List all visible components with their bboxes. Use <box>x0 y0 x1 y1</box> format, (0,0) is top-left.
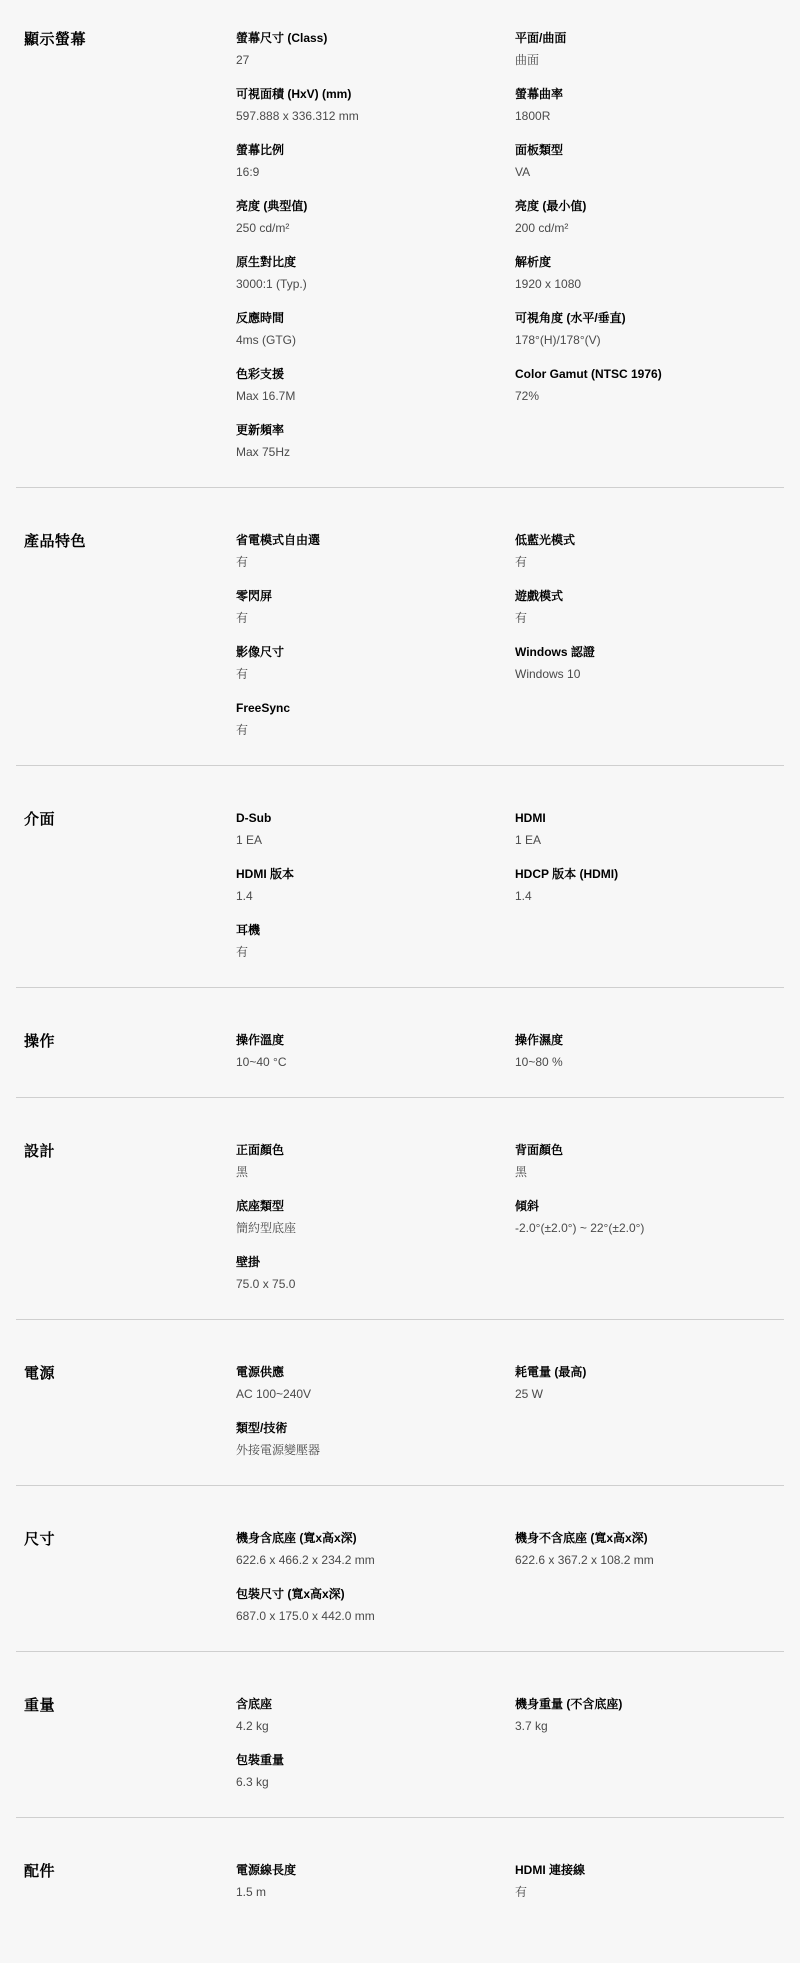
spec-item: HDCP 版本 (HDMI) 1.4 <box>515 866 784 905</box>
spec-item: 背面顏色 黑 <box>515 1142 784 1181</box>
section-rows: 螢幕尺寸 (Class) 27 平面/曲面 曲面 可視面積 (HxV) (mm)… <box>236 30 784 461</box>
spec-section: 介面 D-Sub 1 EA HDMI 1 EA HDMI 版本 1.4 HDCP… <box>16 765 784 987</box>
spec-item: Windows 認證 Windows 10 <box>515 644 784 683</box>
section-rows: 省電模式自由選 有 低藍光模式 有 零閃屏 有 遊戲模式 有 影像尺寸 有 Wi… <box>236 532 784 739</box>
spec-label: 含底座 <box>236 1696 503 1713</box>
spec-item: 原生對比度 3000:1 (Typ.) <box>236 254 515 293</box>
spec-row: 底座類型 簡約型底座 傾斜 -2.0°(±2.0°) ~ 22°(±2.0°) <box>236 1198 784 1237</box>
spec-label: HDCP 版本 (HDMI) <box>515 866 772 883</box>
spec-row: 可視面積 (HxV) (mm) 597.888 x 336.312 mm 螢幕曲… <box>236 86 784 125</box>
spec-label: D-Sub <box>236 810 503 827</box>
spec-label: 操作濕度 <box>515 1032 772 1049</box>
spec-item: 耳機 有 <box>236 922 515 961</box>
spec-label: 可視面積 (HxV) (mm) <box>236 86 503 103</box>
spec-value: 有 <box>236 666 503 683</box>
spec-row: 零閃屏 有 遊戲模式 有 <box>236 588 784 627</box>
spec-label: 亮度 (典型值) <box>236 198 503 215</box>
spec-value: 75.0 x 75.0 <box>236 1276 503 1293</box>
spec-label: 省電模式自由選 <box>236 532 503 549</box>
spec-item: 含底座 4.2 kg <box>236 1696 515 1735</box>
section-title: 電源 <box>24 1364 236 1384</box>
spec-section: 尺寸 機身含底座 (寬x高x深) 622.6 x 466.2 x 234.2 m… <box>16 1485 784 1651</box>
spec-label: 更新頻率 <box>236 422 503 439</box>
spec-row: 含底座 4.2 kg 機身重量 (不含底座) 3.7 kg <box>236 1696 784 1735</box>
spec-value: 3.7 kg <box>515 1718 772 1735</box>
spec-label: HDMI <box>515 810 772 827</box>
spec-label: 耗電量 (最高) <box>515 1364 772 1381</box>
section-title: 介面 <box>24 810 236 830</box>
spec-value: 1.4 <box>236 888 503 905</box>
spec-item: 低藍光模式 有 <box>515 532 784 571</box>
spec-value: 622.6 x 367.2 x 108.2 mm <box>515 1552 772 1569</box>
spec-value: 27 <box>236 52 503 69</box>
spec-label: 正面顏色 <box>236 1142 503 1159</box>
spec-label: 影像尺寸 <box>236 644 503 661</box>
spec-item: 可視面積 (HxV) (mm) 597.888 x 336.312 mm <box>236 86 515 125</box>
spec-label: 可視角度 (水平/垂直) <box>515 310 772 327</box>
spec-value: Max 16.7M <box>236 388 503 405</box>
spec-item: 亮度 (最小值) 200 cd/m² <box>515 198 784 237</box>
spec-item: 機身不含底座 (寬x高x深) 622.6 x 367.2 x 108.2 mm <box>515 1530 784 1569</box>
spec-value: Windows 10 <box>515 666 772 683</box>
spec-item: 色彩支援 Max 16.7M <box>236 366 515 405</box>
spec-value: 外接電源變壓器 <box>236 1442 503 1459</box>
section-title: 設計 <box>24 1142 236 1162</box>
section-title: 重量 <box>24 1696 236 1716</box>
spec-item: 類型/技術 外接電源變壓器 <box>236 1420 515 1459</box>
spec-value: 有 <box>236 554 503 571</box>
spec-row: 耳機 有 <box>236 922 784 961</box>
spec-label: 底座類型 <box>236 1198 503 1215</box>
section-rows: 含底座 4.2 kg 機身重量 (不含底座) 3.7 kg 包裝重量 6.3 k… <box>236 1696 784 1791</box>
spec-item: 底座類型 簡約型底座 <box>236 1198 515 1237</box>
spec-label: 操作溫度 <box>236 1032 503 1049</box>
spec-label: 背面顏色 <box>515 1142 772 1159</box>
spec-row: 省電模式自由選 有 低藍光模式 有 <box>236 532 784 571</box>
spec-row: 原生對比度 3000:1 (Typ.) 解析度 1920 x 1080 <box>236 254 784 293</box>
spec-value: 有 <box>236 944 503 961</box>
spec-item: 壁掛 75.0 x 75.0 <box>236 1254 515 1293</box>
spec-label: FreeSync <box>236 700 503 717</box>
section-title: 配件 <box>24 1862 236 1882</box>
spec-label: HDMI 版本 <box>236 866 503 883</box>
spec-value: 10~80 % <box>515 1054 772 1071</box>
spec-item: 可視角度 (水平/垂直) 178°(H)/178°(V) <box>515 310 784 349</box>
spec-value: Max 75Hz <box>236 444 503 461</box>
spec-item: FreeSync 有 <box>236 700 515 739</box>
spec-label: Color Gamut (NTSC 1976) <box>515 366 772 383</box>
spec-value: 687.0 x 175.0 x 442.0 mm <box>236 1608 503 1625</box>
spec-item: 包裝重量 6.3 kg <box>236 1752 515 1791</box>
spec-value: 有 <box>236 610 503 627</box>
spec-value: 曲面 <box>515 52 772 69</box>
section-title: 尺寸 <box>24 1530 236 1550</box>
spec-value: AC 100~240V <box>236 1386 503 1403</box>
spec-label: 類型/技術 <box>236 1420 503 1437</box>
spec-value: 簡約型底座 <box>236 1220 503 1237</box>
section-rows: 電源線長度 1.5 m HDMI 連接線 有 <box>236 1862 784 1901</box>
spec-item: Color Gamut (NTSC 1976) 72% <box>515 366 784 405</box>
spec-item: 螢幕尺寸 (Class) 27 <box>236 30 515 69</box>
spec-value: 25 W <box>515 1386 772 1403</box>
spec-item: 傾斜 -2.0°(±2.0°) ~ 22°(±2.0°) <box>515 1198 784 1237</box>
spec-row: 影像尺寸 有 Windows 認證 Windows 10 <box>236 644 784 683</box>
spec-row: 更新頻率 Max 75Hz <box>236 422 784 461</box>
spec-value: 178°(H)/178°(V) <box>515 332 772 349</box>
spec-value: 1.4 <box>515 888 772 905</box>
section-title: 產品特色 <box>24 532 236 552</box>
spec-row: 螢幕尺寸 (Class) 27 平面/曲面 曲面 <box>236 30 784 69</box>
spec-section: 電源 電源供應 AC 100~240V 耗電量 (最高) 25 W 類型/技術 … <box>16 1319 784 1485</box>
spec-label: 傾斜 <box>515 1198 772 1215</box>
section-rows: D-Sub 1 EA HDMI 1 EA HDMI 版本 1.4 HDCP 版本… <box>236 810 784 961</box>
spec-label: 原生對比度 <box>236 254 503 271</box>
spec-value: 16:9 <box>236 164 503 181</box>
spec-item: 零閃屏 有 <box>236 588 515 627</box>
spec-section: 重量 含底座 4.2 kg 機身重量 (不含底座) 3.7 kg 包裝重量 6.… <box>16 1651 784 1817</box>
spec-item: 操作溫度 10~40 °C <box>236 1032 515 1071</box>
spec-row: 壁掛 75.0 x 75.0 <box>236 1254 784 1293</box>
spec-label: 機身重量 (不含底座) <box>515 1696 772 1713</box>
spec-item: 包裝尺寸 (寬x高x深) 687.0 x 175.0 x 442.0 mm <box>236 1586 515 1625</box>
spec-item: D-Sub 1 EA <box>236 810 515 849</box>
spec-item: HDMI 連接線 有 <box>515 1862 784 1901</box>
section-title: 操作 <box>24 1032 236 1052</box>
spec-item: 電源線長度 1.5 m <box>236 1862 515 1901</box>
spec-value: 有 <box>236 722 503 739</box>
spec-label: 螢幕比例 <box>236 142 503 159</box>
spec-item: 解析度 1920 x 1080 <box>515 254 784 293</box>
spec-section: 設計 正面顏色 黑 背面顏色 黑 底座類型 簡約型底座 傾斜 -2.0°(±2.… <box>16 1097 784 1319</box>
spec-value: 4.2 kg <box>236 1718 503 1735</box>
spec-row: 機身含底座 (寬x高x深) 622.6 x 466.2 x 234.2 mm 機… <box>236 1530 784 1569</box>
spec-item: 亮度 (典型值) 250 cd/m² <box>236 198 515 237</box>
spec-label: 面板類型 <box>515 142 772 159</box>
spec-label: 低藍光模式 <box>515 532 772 549</box>
spec-label: HDMI 連接線 <box>515 1862 772 1879</box>
spec-value: 黑 <box>236 1164 503 1181</box>
spec-row: 色彩支援 Max 16.7M Color Gamut (NTSC 1976) 7… <box>236 366 784 405</box>
section-rows: 機身含底座 (寬x高x深) 622.6 x 466.2 x 234.2 mm 機… <box>236 1530 784 1625</box>
spec-item: 電源供應 AC 100~240V <box>236 1364 515 1403</box>
spec-label: 螢幕曲率 <box>515 86 772 103</box>
spec-value: -2.0°(±2.0°) ~ 22°(±2.0°) <box>515 1220 772 1237</box>
spec-value: 622.6 x 466.2 x 234.2 mm <box>236 1552 503 1569</box>
section-rows: 正面顏色 黑 背面顏色 黑 底座類型 簡約型底座 傾斜 -2.0°(±2.0°)… <box>236 1142 784 1293</box>
spec-label: 亮度 (最小值) <box>515 198 772 215</box>
spec-value: 有 <box>515 554 772 571</box>
spec-item: 操作濕度 10~80 % <box>515 1032 784 1071</box>
spec-item: 正面顏色 黑 <box>236 1142 515 1181</box>
spec-value: 597.888 x 336.312 mm <box>236 108 503 125</box>
spec-value: 有 <box>515 610 772 627</box>
spec-label: 解析度 <box>515 254 772 271</box>
spec-label: 電源供應 <box>236 1364 503 1381</box>
spec-section: 顯示螢幕 螢幕尺寸 (Class) 27 平面/曲面 曲面 可視面積 (HxV)… <box>16 28 784 487</box>
spec-value: 1800R <box>515 108 772 125</box>
spec-label: 機身不含底座 (寬x高x深) <box>515 1530 772 1547</box>
spec-label: 遊戲模式 <box>515 588 772 605</box>
spec-label: 零閃屏 <box>236 588 503 605</box>
spec-row: D-Sub 1 EA HDMI 1 EA <box>236 810 784 849</box>
spec-item: 螢幕曲率 1800R <box>515 86 784 125</box>
spec-label: 螢幕尺寸 (Class) <box>236 30 503 47</box>
spec-value: 1.5 m <box>236 1884 503 1901</box>
spec-item: 反應時間 4ms (GTG) <box>236 310 515 349</box>
section-rows: 操作溫度 10~40 °C 操作濕度 10~80 % <box>236 1032 784 1071</box>
spec-value: 4ms (GTG) <box>236 332 503 349</box>
spec-label: 包裝重量 <box>236 1752 503 1769</box>
spec-row: HDMI 版本 1.4 HDCP 版本 (HDMI) 1.4 <box>236 866 784 905</box>
spec-row: 亮度 (典型值) 250 cd/m² 亮度 (最小值) 200 cd/m² <box>236 198 784 237</box>
spec-item: HDMI 1 EA <box>515 810 784 849</box>
spec-page: 顯示螢幕 螢幕尺寸 (Class) 27 平面/曲面 曲面 可視面積 (HxV)… <box>0 0 800 1963</box>
spec-value: 6.3 kg <box>236 1774 503 1791</box>
spec-label: 包裝尺寸 (寬x高x深) <box>236 1586 503 1603</box>
spec-section: 操作 操作溫度 10~40 °C 操作濕度 10~80 % <box>16 987 784 1097</box>
spec-item: 更新頻率 Max 75Hz <box>236 422 515 461</box>
spec-label: 電源線長度 <box>236 1862 503 1879</box>
spec-row: FreeSync 有 <box>236 700 784 739</box>
spec-row: 電源供應 AC 100~240V 耗電量 (最高) 25 W <box>236 1364 784 1403</box>
spec-row: 包裝重量 6.3 kg <box>236 1752 784 1791</box>
spec-value: 10~40 °C <box>236 1054 503 1071</box>
spec-item: 機身重量 (不含底座) 3.7 kg <box>515 1696 784 1735</box>
spec-section: 配件 電源線長度 1.5 m HDMI 連接線 有 <box>16 1817 784 1957</box>
spec-label: Windows 認證 <box>515 644 772 661</box>
section-title: 顯示螢幕 <box>24 30 236 50</box>
spec-value: 黑 <box>515 1164 772 1181</box>
spec-value: 有 <box>515 1884 772 1901</box>
spec-row: 操作溫度 10~40 °C 操作濕度 10~80 % <box>236 1032 784 1071</box>
spec-value: 1 EA <box>515 832 772 849</box>
spec-row: 正面顏色 黑 背面顏色 黑 <box>236 1142 784 1181</box>
spec-row: 包裝尺寸 (寬x高x深) 687.0 x 175.0 x 442.0 mm <box>236 1586 784 1625</box>
section-rows: 電源供應 AC 100~240V 耗電量 (最高) 25 W 類型/技術 外接電… <box>236 1364 784 1459</box>
spec-label: 平面/曲面 <box>515 30 772 47</box>
spec-label: 壁掛 <box>236 1254 503 1271</box>
spec-item: HDMI 版本 1.4 <box>236 866 515 905</box>
spec-item: 省電模式自由選 有 <box>236 532 515 571</box>
spec-item: 機身含底座 (寬x高x深) 622.6 x 466.2 x 234.2 mm <box>236 1530 515 1569</box>
spec-item: 影像尺寸 有 <box>236 644 515 683</box>
spec-item: 螢幕比例 16:9 <box>236 142 515 181</box>
spec-label: 反應時間 <box>236 310 503 327</box>
spec-label: 色彩支援 <box>236 366 503 383</box>
spec-item: 遊戲模式 有 <box>515 588 784 627</box>
spec-row: 電源線長度 1.5 m HDMI 連接線 有 <box>236 1862 784 1901</box>
spec-value: 1 EA <box>236 832 503 849</box>
spec-section: 產品特色 省電模式自由選 有 低藍光模式 有 零閃屏 有 遊戲模式 有 影像尺寸… <box>16 487 784 765</box>
spec-value: 72% <box>515 388 772 405</box>
spec-row: 反應時間 4ms (GTG) 可視角度 (水平/垂直) 178°(H)/178°… <box>236 310 784 349</box>
spec-item: 面板類型 VA <box>515 142 784 181</box>
spec-item: 平面/曲面 曲面 <box>515 30 784 69</box>
spec-label: 機身含底座 (寬x高x深) <box>236 1530 503 1547</box>
spec-value: 3000:1 (Typ.) <box>236 276 503 293</box>
spec-item: 耗電量 (最高) 25 W <box>515 1364 784 1403</box>
spec-value: 1920 x 1080 <box>515 276 772 293</box>
spec-label: 耳機 <box>236 922 503 939</box>
spec-value: VA <box>515 164 772 181</box>
spec-value: 250 cd/m² <box>236 220 503 237</box>
spec-row: 螢幕比例 16:9 面板類型 VA <box>236 142 784 181</box>
spec-value: 200 cd/m² <box>515 220 772 237</box>
spec-row: 類型/技術 外接電源變壓器 <box>236 1420 784 1459</box>
